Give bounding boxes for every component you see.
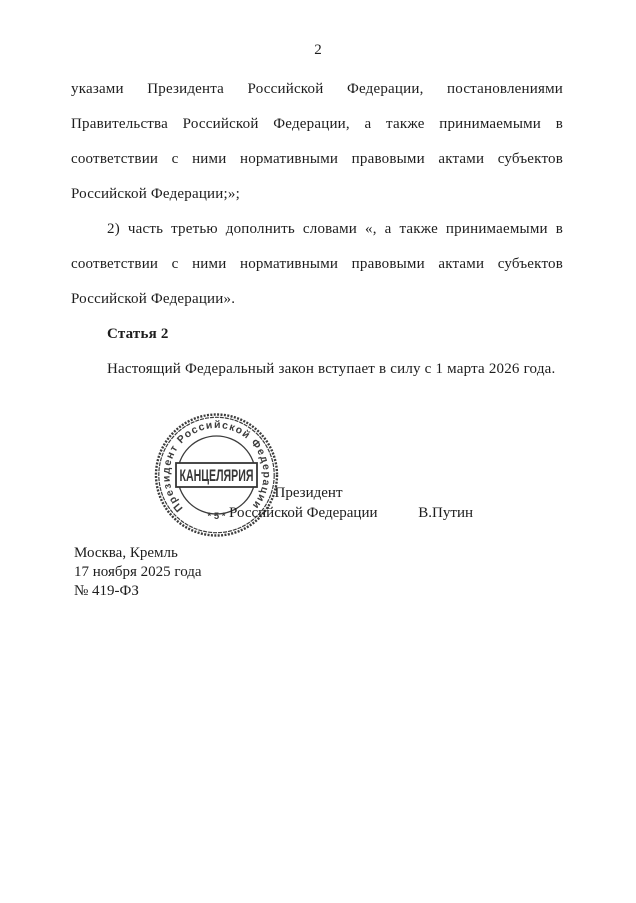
issue-details-block: Москва, Кремль 17 ноября 2025 года № 419… <box>74 544 202 601</box>
paragraph1-line4: Российской Федерации;»; <box>71 177 563 212</box>
paragraph1-line2: Правительства Российской Федерации, а та… <box>71 107 563 142</box>
paragraph1-line1: указами Президента Российской Федерации,… <box>71 72 563 107</box>
issue-place: Москва, Кремль <box>74 544 202 563</box>
paragraph2-line1: 2) часть третью дополнить словами «, а т… <box>71 212 563 247</box>
article-2-heading: Статья 2 <box>71 317 563 352</box>
stamp-center-label: КАНЦЕЛЯРИЯ <box>180 466 254 485</box>
stamp-icon: Президент Российской Федерации * 5 * КАН… <box>153 411 281 539</box>
document-number: № 419-ФЗ <box>74 582 202 601</box>
paragraph1-line3: соответствии с ними нормативными правовы… <box>71 142 563 177</box>
issue-date: 17 ноября 2025 года <box>74 563 202 582</box>
document-page: 2 указами Президента Российской Федераци… <box>0 0 636 903</box>
stamp-bottom-mark: * 5 * <box>208 511 226 522</box>
paragraph2-line2: соответствии с ними нормативными правовы… <box>71 247 563 282</box>
signer-name: В.Путин <box>418 503 473 523</box>
law-text-block: указами Президента Российской Федерации,… <box>71 72 563 387</box>
chancellery-stamp: Президент Российской Федерации * 5 * КАН… <box>153 411 281 539</box>
paragraph2-line3: Российской Федерации». <box>71 282 563 317</box>
article-2-text: Настоящий Федеральный закон вступает в с… <box>71 352 563 387</box>
page-number: 2 <box>0 41 636 59</box>
